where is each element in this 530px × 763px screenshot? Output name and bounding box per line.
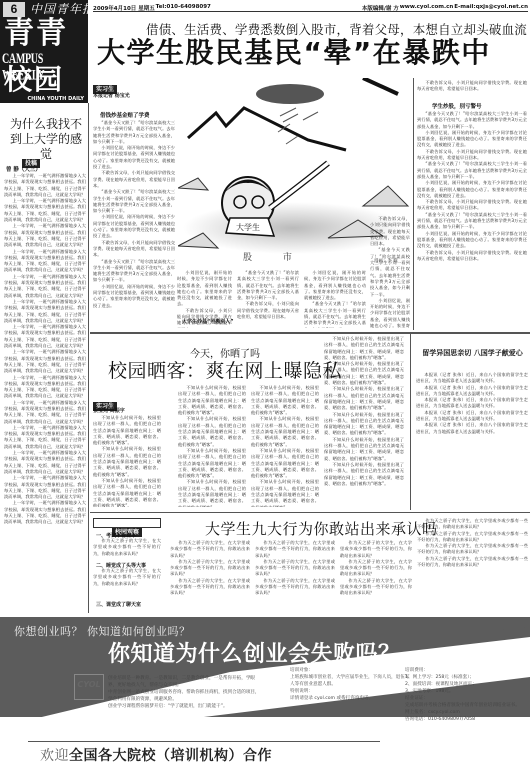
behavior-body-col5: 作为天之骄子的大学生，在大学里或多或少都有一些不好的行为，你敢站出来承认吗？作为… bbox=[417, 518, 528, 610]
ad-welcome: 欢迎全国各大院校（培训机构）合作 bbox=[40, 745, 272, 763]
ad-intro: 创业培训是一种教育。一是教知识，二是教会创业，一是帮你开拓，学眼界，更好地找人气… bbox=[108, 675, 263, 710]
right-subsection-heading: 学生炒股，别亏警号 bbox=[432, 102, 482, 110]
china-youth-daily-band: CHINA YOUTH DAILY bbox=[0, 95, 88, 103]
ad-arrow-line bbox=[28, 741, 380, 742]
ad-fees: 培训费用：1、网上学习：258元（标准套）；2、面授培训：视课程及地区而定；3、… bbox=[405, 667, 527, 723]
right-body: “基金今天又跌了！”哈尔滨某高校大三学生小刘一看到行情，就忍不住叹气。去年她将生… bbox=[417, 111, 527, 329]
sidebar-title: 为什么我找不到上大学的感觉 bbox=[6, 117, 86, 162]
lead-byline: 本报记者 杨宝光 bbox=[93, 92, 143, 99]
behavior-body-2: 作为天之骄子的大学生，在大学里或多或少都有一些不好的行为，你敢站出来承认吗？ bbox=[93, 568, 161, 600]
issue-date: 2009年4月10日 星期五 bbox=[93, 4, 155, 11]
sidebar-body: 上一年学时，一班气满怀激情地步入大学校园，却发现现实与想象相去甚远。我们每天上课… bbox=[4, 173, 86, 613]
section-title-bottom: 校园 bbox=[4, 66, 84, 94]
cyol-logo: CYOL bbox=[74, 674, 104, 700]
svg-text:大学生: 大学生 bbox=[236, 222, 260, 232]
email: E-mail:qxjs@cyol.net.cn bbox=[454, 4, 528, 11]
paper-logo: 中国青年报 bbox=[30, 1, 95, 17]
advertisement: 你想创业吗？ 你知道如何创业吗？ 你知道为什么创业会失败吗？ CYOL 创业培训… bbox=[0, 617, 530, 763]
right-body-top: 不敢告诉父母，小刘只能向同学借钱交学费。现在她每天省吃俭用，希望能早日回本。 bbox=[417, 80, 527, 94]
feature-body-col3: 不知从什么时候开始，校园里出现了这样一群人，他们把自己的生活点滴毫无保留地晒在网… bbox=[251, 385, 319, 507]
lead-body-col4: 小刘回忆说，刚开始的时候，身边不少同学都在讨论股票基金，看到别人赚钱她也心动了。… bbox=[304, 270, 366, 328]
ad-phone: 010-64098097/7058 bbox=[428, 717, 475, 722]
section-divider bbox=[90, 332, 530, 334]
feature-title: 校园晒客：爽在网上曝隐私 bbox=[108, 360, 342, 382]
lead-body-col3: “基金今天又跌了！”哈尔滨某高校大三学生小刘一看到行情，就忍不住叹气。去年她将生… bbox=[237, 270, 299, 328]
column-rule bbox=[413, 78, 414, 330]
feature-subtitle: 今天，你晒了吗 bbox=[190, 345, 260, 360]
feature-body-col2: 不知从什么时候开始，校园里出现了这样一群人，他们把自己的生活点滴毫无保留地晒在网… bbox=[178, 385, 246, 507]
behavior-body-1: 作为天之骄子的大学生，在大学里或多或少都有一些不好的行为，你敢站出来承认吗？ bbox=[93, 538, 161, 562]
phone: Tel:010-64098097 bbox=[156, 4, 211, 11]
column-rule bbox=[410, 334, 411, 510]
feature-byline: 张宝光 周振宇 bbox=[93, 407, 125, 414]
nine-behaviors-title: 大学生九大行为你敢站出来承认吗 bbox=[205, 518, 438, 540]
lead-subsection-2: 大学生炒基“照搬别人” bbox=[182, 318, 234, 325]
dateline: 2009年4月10日 星期五 Tel:010-64098097 本版编辑/谢 方… bbox=[93, 4, 528, 12]
behavior-body-col3: 作为天之骄子的大学生，在大学里或多或少都有一些不好的行为，你敢站出来承认吗？作为… bbox=[255, 540, 335, 610]
behavior-body-col2: 作为天之骄子的大学生，在大学里或多或少都有一些不好的行为，你敢站出来承认吗？作为… bbox=[170, 540, 250, 610]
behavior-body-col4: 作为天之骄子的大学生，在大学里或多或少都有一些不好的行为，你敢站出来承认吗？作为… bbox=[340, 540, 412, 610]
ad-question-2: 你知道为什么创业会失败吗？ bbox=[108, 640, 401, 670]
campus-observation-label-box: 校园观察 bbox=[93, 518, 161, 528]
ad-question-1: 你想创业吗？ 你知道如何创业吗？ bbox=[14, 623, 191, 639]
sidebar-author: 曾 静（大三） bbox=[6, 165, 41, 173]
ad-target: 培训对象：上班族和城市创业者，大学应届毕业生，下岗人员，退伍军人等有创业意愿人群… bbox=[290, 667, 410, 702]
svg-text:股 市: 股 市 bbox=[243, 251, 306, 263]
feature-body-col1: 不知从什么时候开始，校园里出现了这样一群人，他们把自己的生活点滴毫无保留地晒在网… bbox=[93, 415, 161, 507]
study-abroad-body: 本报讯（记者 张伟）近日，来自八个国家的留学生走进社区，为当地孤寡老人送去温暖与… bbox=[416, 372, 528, 510]
editor: 本版编辑/谢 方 bbox=[362, 4, 399, 11]
website: www.cyol.com.cn bbox=[400, 4, 454, 11]
behavior-item-3: 三、课堂成了聊天室 bbox=[96, 601, 141, 608]
feature-body-col4: 不知从什么时候开始，校园里出现了这样一群人，他们把自己的生活点滴毫无保留地晒在网… bbox=[324, 336, 404, 507]
ad-signup-link[interactable]: cxcy.cyol.com bbox=[428, 710, 460, 715]
page-number: 6 bbox=[3, 2, 25, 17]
study-abroad-title: 留学异国思亲切 八国学子献爱心 bbox=[420, 348, 525, 358]
column-rule bbox=[88, 103, 89, 613]
lead-body-col5: 不敢告诉父母，小刘只能向同学借钱交学费。现在她每天省吃俭用，希望能早日回本。“基… bbox=[370, 216, 410, 328]
lead-subsection-1: 借钱炒基金赔了学费 bbox=[100, 111, 150, 119]
section-divider bbox=[90, 512, 530, 513]
section-title-top: 青青 bbox=[4, 18, 84, 50]
lead-body-col1: “基金今天又跌了！”哈尔滨某高校大三学生小刘一看到行情，就忍不住叹气。去年她将生… bbox=[93, 120, 175, 325]
lead-headline: 大学生股民基民“晕”在暴跌中 bbox=[97, 36, 491, 70]
